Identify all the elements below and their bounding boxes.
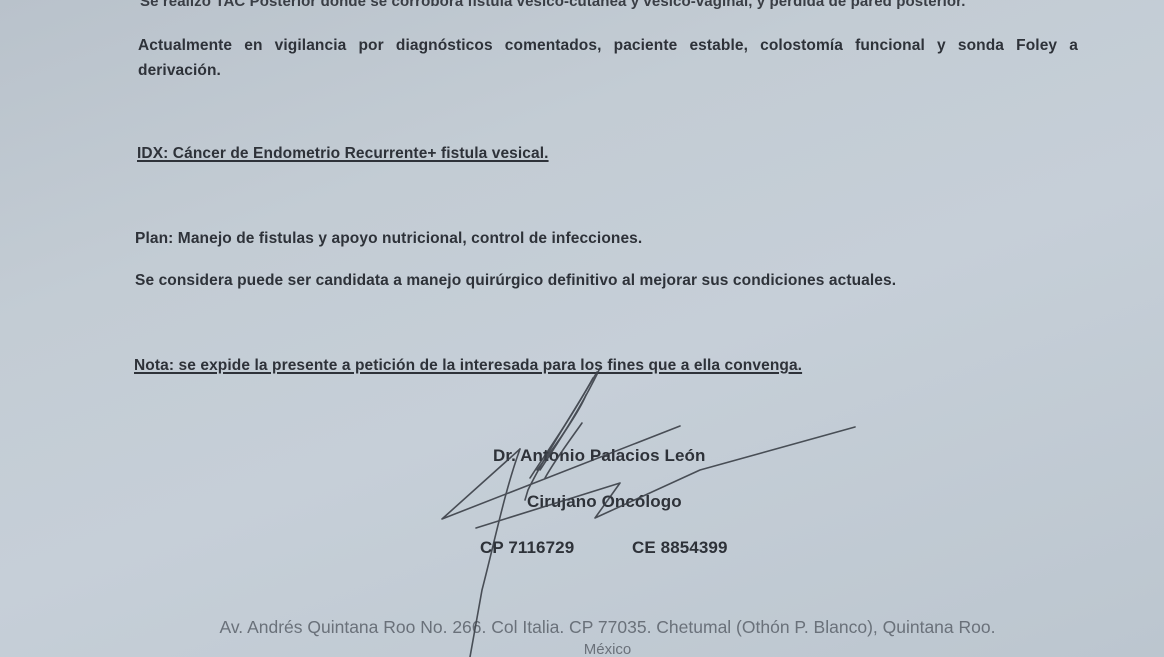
note-line: Nota: se expide la presente a petición d… [134,357,802,375]
plan-line: Plan: Manejo de fistulas y apoyo nutrici… [135,230,642,248]
diagnosis-heading: IDX: Cáncer de Endometrio Recurrente+ fi… [137,145,549,163]
specialty-license: CE 8854399 [632,538,728,558]
truncated-top-line: Se realizó TAC Posterior donde se corrob… [140,0,966,10]
footer-country: México [0,641,1164,657]
document-page: Se realizó TAC Posterior donde se corrob… [0,0,1164,657]
status-paragraph-line-2: derivación. [138,62,221,80]
doctor-name: Dr. Antonio Palacios León [493,446,706,466]
status-paragraph-line-1: Actualmente en vigilancia por diagnóstic… [138,37,1078,55]
professional-license: CP 7116729 [480,538,574,558]
footer-address: Av. Andrés Quintana Roo No. 266. Col Ita… [0,617,1164,638]
doctor-title: Cirujano Oncólogo [527,492,682,512]
consideration-line: Se considera puede ser candidata a manej… [135,272,896,290]
handwritten-signature-icon [0,0,1164,657]
